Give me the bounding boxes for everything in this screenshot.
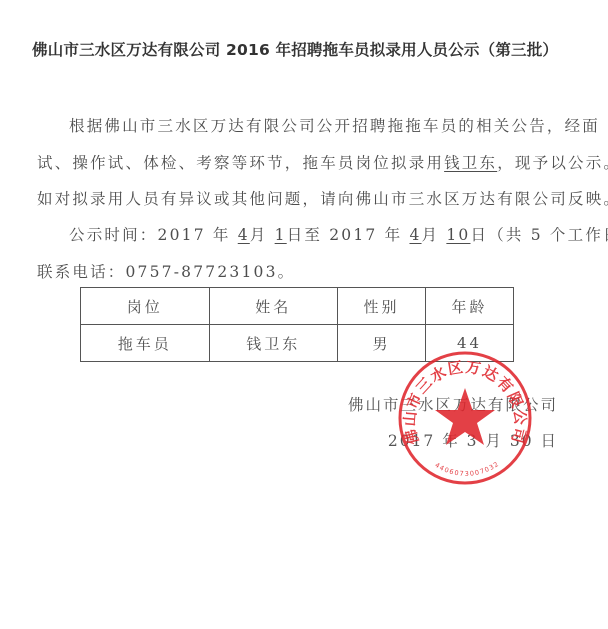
start-day: 1 (275, 226, 287, 244)
notice-period: 公示时间：2017 年 4月 1日至 2017 年 4月 10日（共 5 个工作… (37, 217, 577, 254)
body-paragraph: 根据佛山市三水区万达有限公司公开招聘拖拖车员的相关公告，经面 试、操作试、体检、… (37, 108, 577, 218)
cell-position: 拖车员 (81, 325, 210, 362)
contact-phone: 联系电话：0757-87723103。 (37, 254, 577, 291)
body-line-1: 根据佛山市三水区万达有限公司公开招聘拖拖车员的相关公告，经面 (37, 108, 577, 145)
start-month: 4 (238, 226, 250, 244)
header-age: 年龄 (426, 288, 514, 325)
signature-company: 佛山市三水区万达有限公司 (348, 387, 558, 423)
cell-age: 44 (426, 325, 514, 362)
body-line-3: 如对拟录用人员有异议或其他问题，请向佛山市三水区万达有限公司反映。 (37, 181, 577, 218)
cell-gender: 男 (338, 325, 426, 362)
table-header-row: 岗位 姓名 性别 年龄 (81, 288, 514, 325)
seal-code: 4406073007032 (433, 460, 500, 478)
body-line-2-suffix: ，现予以公示。 (497, 154, 608, 172)
signature-block: 佛山市三水区万达有限公司 2017 年 3 月 30 日 (348, 387, 558, 459)
body-line-2-prefix: 试、操作试、体检、考察等环节，拖车员岗位拟录用 (37, 154, 444, 172)
day-char: 日至 (287, 226, 322, 244)
end-day: 10 (446, 226, 470, 244)
signature-date: 2017 年 3 月 30 日 (348, 423, 558, 459)
end-year: 2017 年 (329, 226, 402, 244)
end-month: 4 (409, 226, 421, 244)
svg-text:4406073007032: 4406073007032 (433, 460, 500, 478)
document-title: 佛山市三水区万达有限公司 2016 年招聘拖车员拟录用人员公示（第三批） (32, 38, 592, 60)
notice-period-label: 公示时间： (69, 226, 158, 244)
header-gender: 性别 (338, 288, 426, 325)
month-char: 月 (250, 226, 268, 244)
candidate-table: 岗位 姓名 性别 年龄 拖车员 钱卫东 男 44 (80, 287, 514, 362)
month-char-2: 月 (422, 226, 440, 244)
notice-paragraph: 公示时间：2017 年 4月 1日至 2017 年 4月 10日（共 5 个工作… (37, 217, 577, 290)
cell-name: 钱卫东 (209, 325, 338, 362)
table-row: 拖车员 钱卫东 男 44 (81, 325, 514, 362)
candidate-name: 钱卫东 (444, 154, 497, 172)
body-line-2: 试、操作试、体检、考察等环节，拖车员岗位拟录用钱卫东，现予以公示。 (37, 145, 577, 182)
header-position: 岗位 (81, 288, 210, 325)
header-name: 姓名 (209, 288, 338, 325)
end-suffix: 日（共 5 个工作日）； (471, 226, 608, 244)
start-year: 2017 年 (158, 226, 231, 244)
